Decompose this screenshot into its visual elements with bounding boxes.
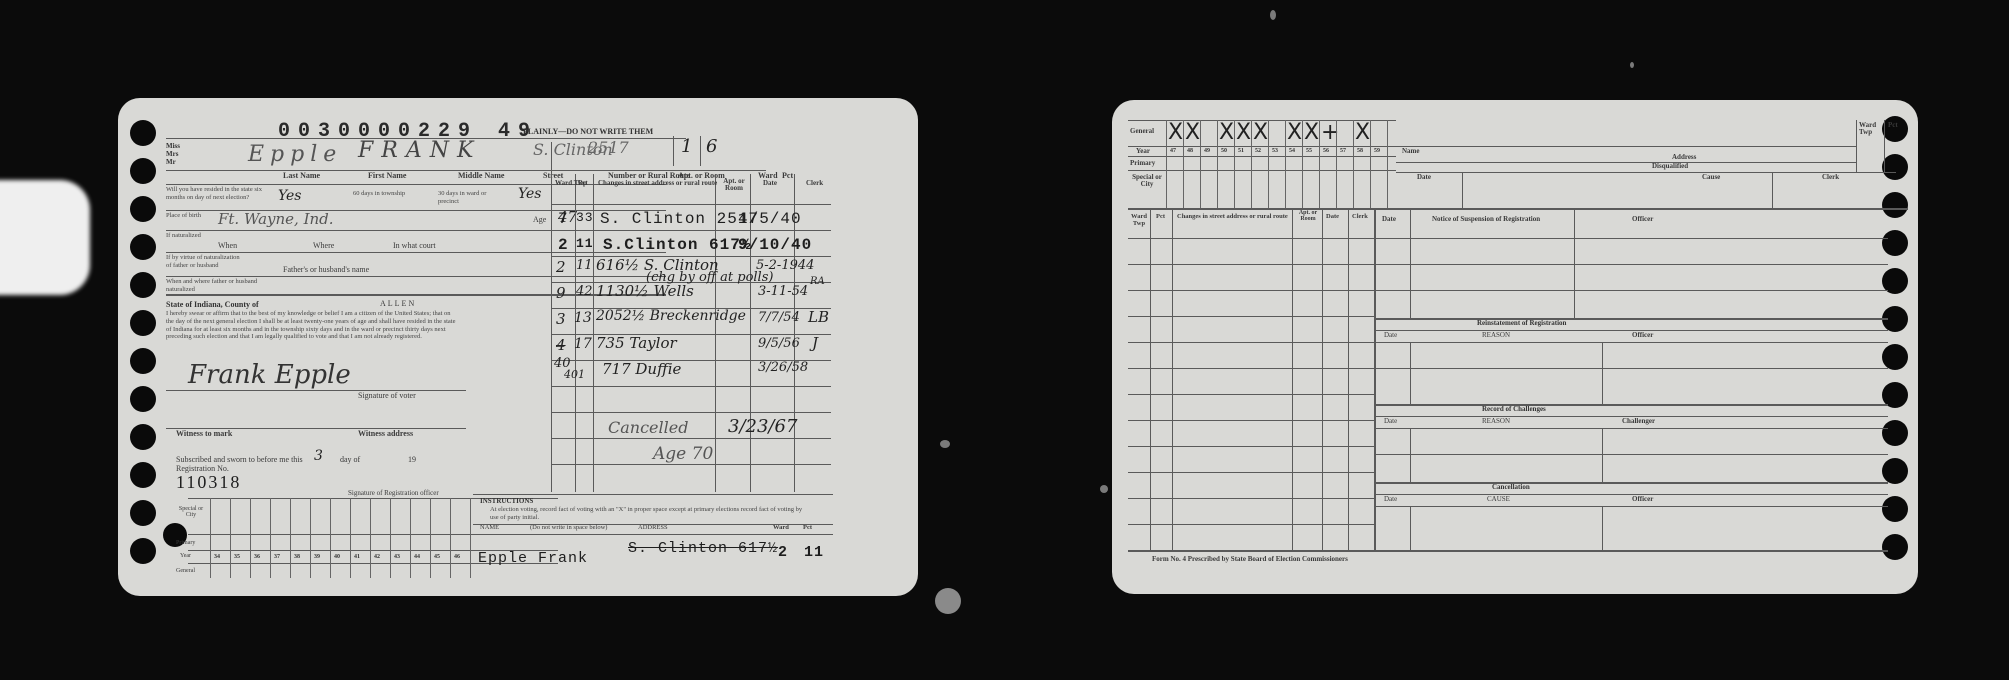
last-name-value: Epple: [248, 142, 342, 167]
punch-hole: [130, 348, 156, 374]
title-mr: Mr: [166, 159, 176, 166]
footer-typed-pct: 11: [804, 544, 824, 561]
punch-hole: [130, 462, 156, 488]
change-row-date: 4/5/40: [738, 210, 802, 228]
challenges-title: Record of Challenges: [1482, 406, 1546, 413]
footer-typed-name: Epple Frank: [478, 550, 588, 567]
form-footer: Form No. 4 Prescribed by State Board of …: [1152, 556, 1348, 563]
punch-hole: [130, 310, 156, 336]
film-speck: [935, 588, 961, 614]
instructions-text: At election voting, record fact of votin…: [490, 506, 810, 522]
punch-hole: [130, 538, 156, 564]
punch-hole: [130, 234, 156, 260]
footer-typed-address: S. Clinton 617½: [628, 540, 778, 557]
film-speck: [1630, 62, 1634, 68]
registration-card-front: 0030000229 49 PLAINLY—DO NOT WRITE THEM …: [118, 98, 918, 596]
punch-hole: [1882, 154, 1908, 180]
punch-hole: [1882, 496, 1908, 522]
first-name-value: Frank: [358, 138, 481, 163]
oath-heading: State of Indiana, County of: [166, 301, 259, 309]
pct-value: 6: [706, 136, 717, 157]
cancellation-title: Cancellation: [1492, 484, 1530, 491]
punch-hole: [130, 158, 156, 184]
film-speck: [1100, 485, 1108, 493]
ward-value: 1: [681, 136, 692, 157]
punch-hole: [130, 196, 156, 222]
instructions-heading: INSTRUCTIONS: [480, 498, 533, 505]
change-row-pct: 33: [576, 210, 594, 225]
punch-hole: [1882, 344, 1908, 370]
change-row-ward: 7: [558, 210, 569, 228]
punch-hole: [1882, 534, 1908, 560]
punch-hole: [1882, 230, 1908, 256]
header-notice: PLAINLY—DO NOT WRITE THEM: [523, 128, 653, 136]
residency-ward-value: Yes: [518, 186, 542, 202]
residency-state-value: Yes: [278, 188, 302, 204]
punch-hole: [1882, 192, 1908, 218]
suspension-title: Notice of Suspension of Registration: [1432, 216, 1540, 223]
punch-hole: [1882, 458, 1908, 484]
oath-text: I hereby swear or affirm that to the bes…: [166, 310, 456, 341]
footer-typed-ward: 2: [778, 544, 788, 561]
place-of-birth-value: Ft. Wayne, Ind.: [218, 210, 334, 228]
film-speck: [940, 440, 950, 448]
residency-state-label: Will you have resided in the state six m…: [166, 186, 276, 202]
film-glare: [0, 180, 90, 295]
registration-card-back: General Year Primary Special or City 47 …: [1112, 100, 1918, 594]
punch-hole: [130, 424, 156, 450]
change-row-address: S. Clinton 2517: [600, 210, 759, 228]
registration-number: 110318: [176, 472, 241, 493]
punch-hole: [1882, 420, 1908, 446]
punch-hole: [130, 272, 156, 298]
punch-hole: [130, 120, 156, 146]
punch-hole: [130, 500, 156, 526]
reinstatement-title: Reinstatement of Registration: [1477, 320, 1566, 327]
punch-hole: [130, 386, 156, 412]
film-speck: [1270, 10, 1276, 20]
county-value: ALLEN: [380, 300, 416, 308]
number-value: 2517: [588, 138, 629, 157]
voter-signature: Frank Epple: [188, 360, 351, 390]
